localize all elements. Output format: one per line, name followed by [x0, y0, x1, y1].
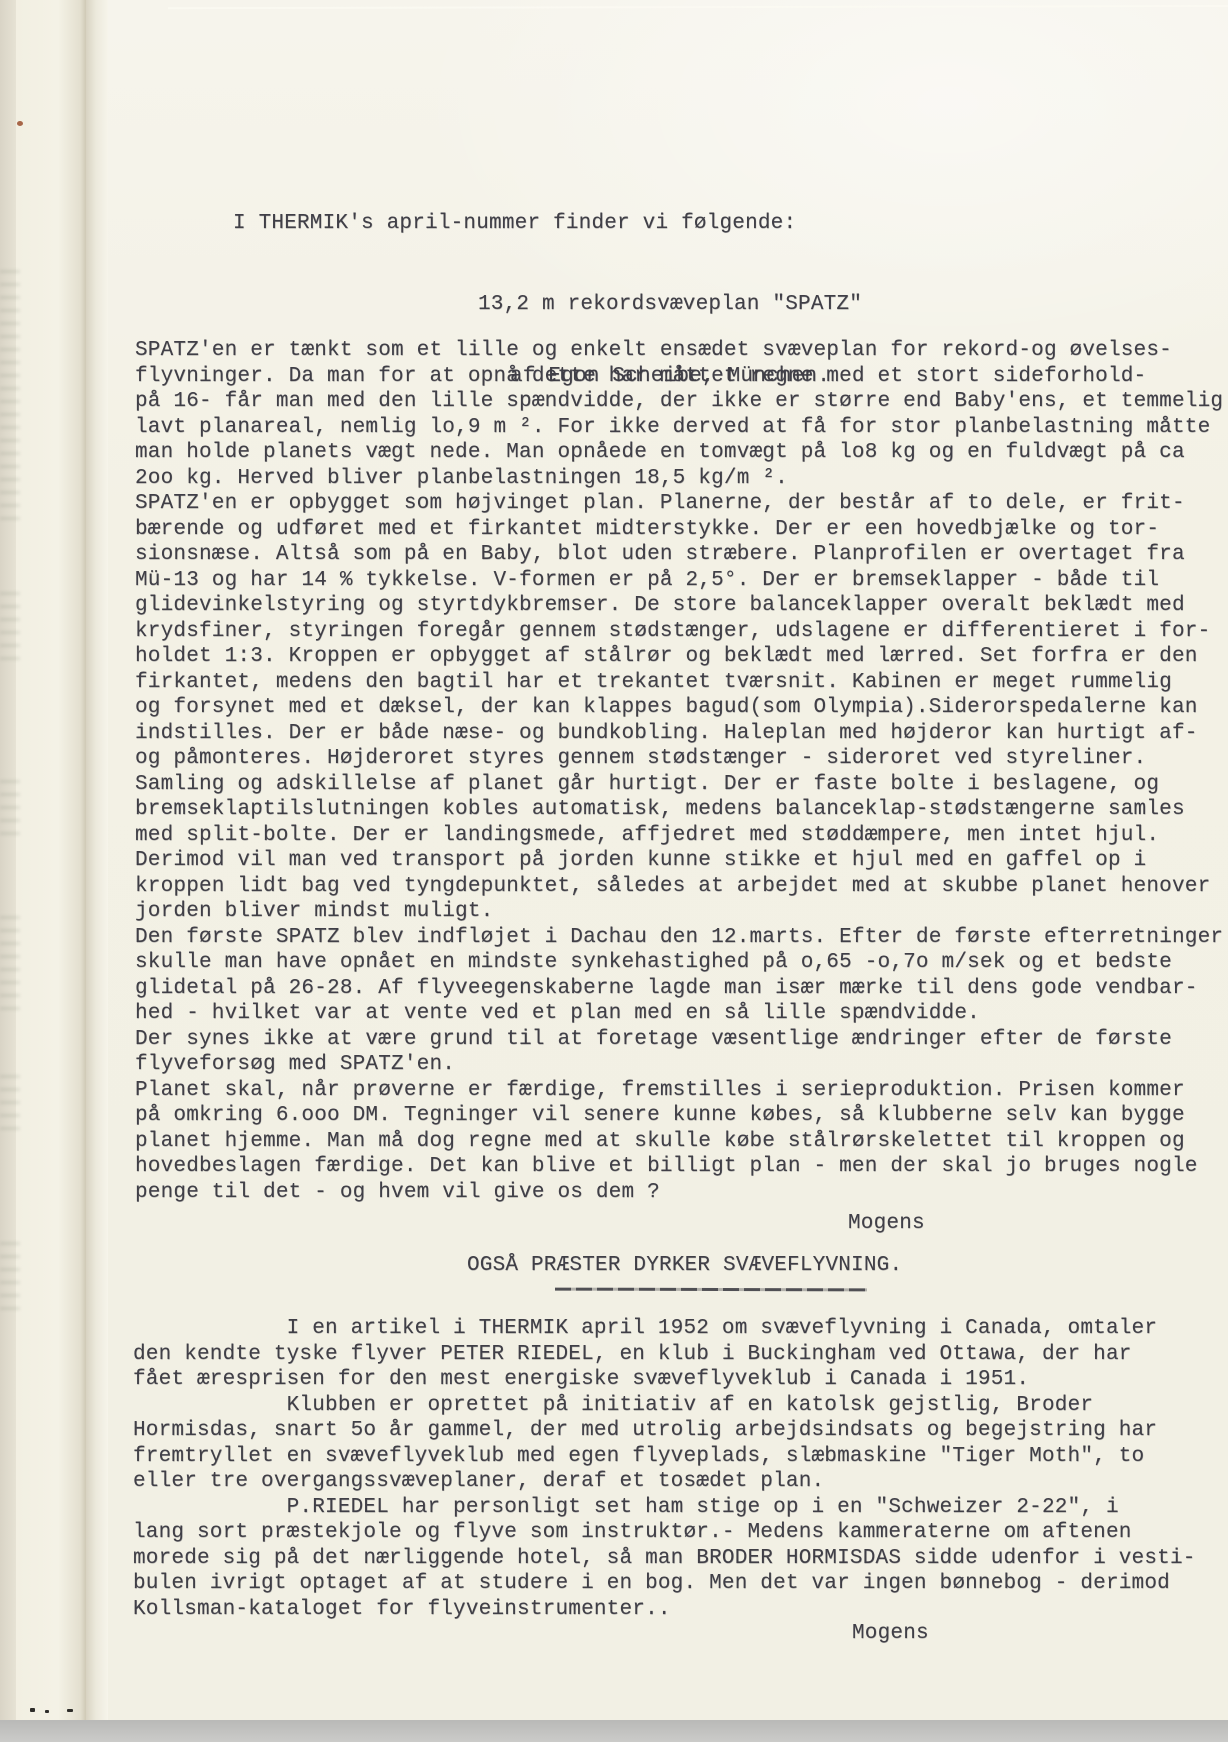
text-line: fået æresprisen for den mest energiske s…	[133, 1367, 1196, 1393]
ink-speck	[30, 1708, 35, 1712]
article1-body: SPATZ'en er tænkt som et lille og enkelt…	[135, 338, 1223, 1205]
text-line: morede sig på det nærliggende hotel, så …	[133, 1546, 1196, 1572]
text-line: Den første SPATZ blev indfløjet i Dachau…	[135, 925, 1223, 951]
page-fold-shadow	[86, 0, 108, 1720]
text-line: sionsnæse. Altså som på en Baby, blot ud…	[135, 542, 1223, 568]
bleedthrough-smudge	[0, 1065, 20, 1130]
text-line: glidetal på 26-28. Af flyveegenskaberne …	[135, 976, 1223, 1002]
text-line: SPATZ'en er tænkt som et lille og enkelt…	[135, 338, 1223, 364]
bleedthrough-smudge	[0, 780, 20, 835]
text-line: Mü-13 og har 14 % tykkelse. V-formen er …	[135, 568, 1223, 594]
text-line: og forsynet med et dæksel, der kan klapp…	[135, 695, 1223, 721]
article1-signature: Mogens	[848, 1212, 925, 1235]
text-line: skulle man have opnået en mindste synkeh…	[135, 950, 1223, 976]
article2-body: I en artikel i THERMIK april 1952 om svæ…	[133, 1316, 1196, 1622]
text-line: bærende og udføret med et firkantet midt…	[135, 517, 1223, 543]
text-line: fremtryllet en svæveflyveklub med egen f…	[133, 1444, 1196, 1470]
article2-heading: OGSÅ PRÆSTER DYRKER SVÆVEFLYVNING.	[467, 1254, 902, 1277]
text-line: Derimod vil man ved transport på jorden …	[135, 848, 1223, 874]
rust-spot	[17, 121, 23, 126]
text-line: 2oo kg. Herved bliver planbelastningen 1…	[135, 466, 1223, 492]
text-line: firkantet, medens den bagtil har et trek…	[135, 670, 1223, 696]
text-line: planet hjemme. Man må dog regne med at s…	[135, 1129, 1223, 1155]
bleedthrough-smudge	[0, 270, 20, 520]
text-line: på omkring 6.ooo DM. Tegninger vil sener…	[135, 1103, 1223, 1129]
page-top-edge	[168, 5, 1228, 9]
text-line: flyveforsøg med SPATZ'en.	[135, 1052, 1223, 1078]
text-line: P.RIEDEL har personligt set ham stige op…	[133, 1495, 1196, 1521]
scanner-binding-edge	[0, 0, 16, 1742]
text-line: lang sort præstekjole og flyve som instr…	[133, 1520, 1196, 1546]
text-line: Kollsman-kataloget for flyveinstrumenter…	[133, 1597, 1196, 1623]
article1-title-line1: 13,2 m rekordsvæveplan "SPATZ"	[350, 292, 990, 318]
scanner-bottom-edge	[0, 1720, 1228, 1742]
text-line: flyvninger. Da man for at opnå dette har…	[135, 364, 1223, 390]
text-line: Hormisdas, snart 5o år gammel, der med u…	[133, 1418, 1196, 1444]
bleedthrough-smudge	[0, 590, 20, 660]
text-line: den kendte tyske flyver PETER RIEDEL, en…	[133, 1342, 1196, 1368]
text-line: på 16- får man med den lille spændvidde,…	[135, 389, 1223, 415]
text-line: bulen ivrigt optaget af at studere i en …	[133, 1571, 1196, 1597]
text-line: jorden bliver mindst muligt.	[135, 899, 1223, 925]
text-line: Samling og adskillelse af planet går hur…	[135, 772, 1223, 798]
text-line: SPATZ'en er opbygget som højvinget plan.…	[135, 491, 1223, 517]
text-line: penge til det - og hvem vil give os dem …	[135, 1180, 1223, 1206]
text-line: kroppen lidt bag ved tyngdepunktet, såle…	[135, 874, 1223, 900]
text-line: hovedbeslagen færdige. Det kan blive et …	[135, 1154, 1223, 1180]
intro-line: I THERMIK's april-nummer finder vi følge…	[233, 212, 796, 235]
text-line: man holde planets vægt nede. Man opnåede…	[135, 440, 1223, 466]
previous-page-edge	[16, 0, 86, 1720]
text-line: bremseklaptilslutningen kobles automatis…	[135, 797, 1223, 823]
text-line: lavt planareal, nemlig lo,9 m ². For ikk…	[135, 415, 1223, 441]
ink-speck	[67, 1709, 73, 1712]
ink-speck	[45, 1710, 49, 1713]
text-line: og påmonteres. Højderoret styres gennem …	[135, 746, 1223, 772]
text-line: hed - hvilket var at vente ved et plan m…	[135, 1001, 1223, 1027]
text-line: med split-bolte. Der er landingsmede, af…	[135, 823, 1223, 849]
text-line: Der synes ikke at være grund til at fore…	[135, 1027, 1223, 1053]
text-line: Klubben er oprettet på initiativ af en k…	[133, 1393, 1196, 1419]
text-line: eller tre overgangssvæveplaner, deraf et…	[133, 1469, 1196, 1495]
text-line: indstilles. Der er både næse- og bundkob…	[135, 721, 1223, 747]
article2-signature: Mogens	[852, 1622, 929, 1645]
text-line: Planet skal, når prøverne er færdige, fr…	[135, 1078, 1223, 1104]
text-line: krydsfiner, styringen foregår gennem stø…	[135, 619, 1223, 645]
text-line: holdet 1:3. Kroppen er opbygget af stålr…	[135, 644, 1223, 670]
text-line: I en artikel i THERMIK april 1952 om svæ…	[133, 1316, 1196, 1342]
bleedthrough-smudge	[0, 910, 20, 1010]
bleedthrough-smudge	[0, 1240, 20, 1310]
text-line: glidevinkelstyring og styrtdykbremser. D…	[135, 593, 1223, 619]
